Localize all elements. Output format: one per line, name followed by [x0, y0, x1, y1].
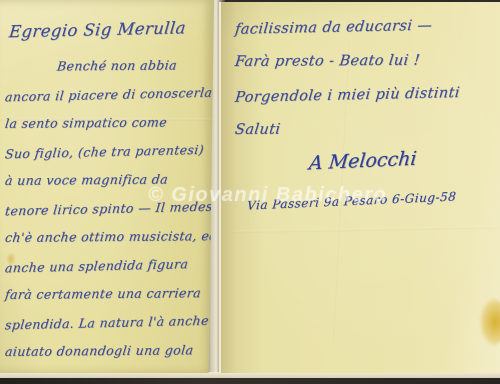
handwriting-line: Benché non abbia [3, 51, 213, 81]
copyright-watermark: © Giovanni Babichero [148, 184, 387, 207]
right-page-text: facilissima da educarsi — Farà presto - … [235, 10, 498, 146]
handwriting-line: aiutato donandogli una gola [3, 336, 213, 366]
handwriting-line: ancora il piacere di conoscerla [4, 78, 214, 111]
handwritten-letter-photo: Egregio Sig Merulla Benché non abbia anc… [0, 0, 500, 384]
signature: A Melocchi [308, 148, 418, 175]
yellow-stain [480, 298, 500, 346]
paper-crease [231, 226, 498, 234]
handwriting-line: anche una splendida figura [4, 249, 214, 282]
handwriting-line: Porgendole i miei più distinti [233, 75, 499, 115]
handwriting-line: Egregio Sig Merulla [3, 6, 214, 55]
photo-bottom-edge [0, 378, 500, 384]
handwriting-line: facilissima da educarsi — [233, 7, 499, 47]
handwriting-line: ch'è anche ottimo musicista, ed è [3, 222, 213, 252]
handwriting-line: la sento simpatico come [3, 108, 213, 138]
handwriting-line: farà certamente una carriera [3, 279, 213, 309]
handwriting-line: Farà presto - Beato lui ! [233, 43, 500, 79]
handwriting-line: Saluti [233, 111, 500, 147]
handwriting-line: splendida. La natura l'à anche [4, 306, 214, 339]
handwriting-line: Suo figlio, (che tra parentesi) [4, 135, 214, 168]
